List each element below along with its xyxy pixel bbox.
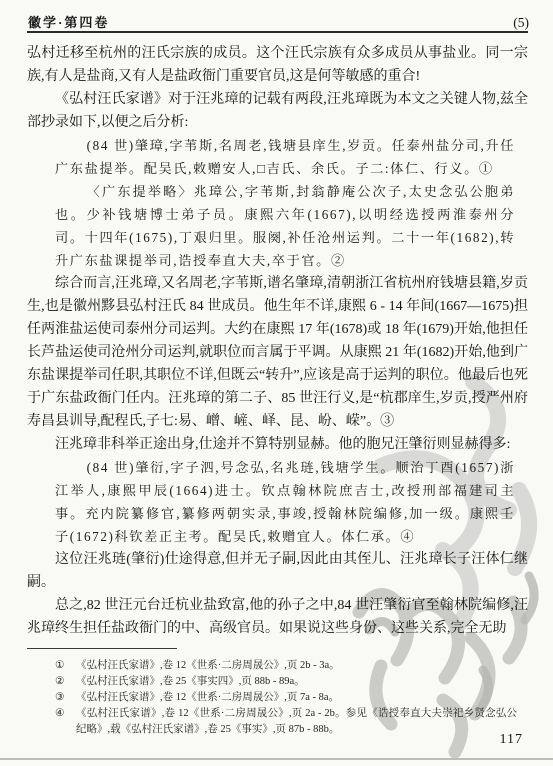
footnote-marker: ② <box>55 674 76 690</box>
footnote-marker: ③ <box>55 690 76 706</box>
page-body: 弘村迁移至杭州的汪氏宗族的成员。这个汪氏宗族有众多成员从事盐业。同一宗族,有人是… <box>27 42 528 640</box>
paragraph: 〈广东提举略〉兆璋公,字苇斯,封翁静庵公次子,太史念弘公胞弟也。少补钱塘博士弟子… <box>55 180 515 272</box>
header-rule <box>27 31 528 33</box>
footnote-text: 《弘村汪氏家谱》,卷 12《世系·二房周晟公》,页 2b - 3a。 <box>76 658 517 674</box>
footnote-separator <box>27 648 177 649</box>
footnote-text: 《弘村汪氏家谱》,卷 12《世系·二房周晟公》,页 2a - 2b。参见《诰授奉… <box>76 706 517 738</box>
footnote: ③ 《弘村汪氏家谱》,卷 12《世系·二房周晟公》,页 7a - 8a。 <box>55 690 517 706</box>
paragraph: 《弘村汪氏家谱》对于汪兆璋的记载有两段,汪兆璋既为本文之关键人物,兹全部抄录如下… <box>27 88 528 134</box>
footnote-text: 《弘村汪氏家谱》,卷 12《世系·二房周晟公》,页 7a - 8a。 <box>76 690 517 706</box>
footnote-text: 《弘村汪氏家谱》,卷 25《事实四》,页 88b - 89a。 <box>76 674 517 690</box>
book-title: 徽学·第四卷 <box>28 12 109 31</box>
paragraph: (84 世)肇衍,字子泗,号念弘,名兆琏,钱塘学生。顺治丁酉(1657)浙江举人… <box>55 456 515 548</box>
page-number: 117 <box>500 732 523 748</box>
fascicle-number: (5) <box>513 15 529 31</box>
running-head: 徽学·第四卷 (5) <box>28 12 529 31</box>
footnote-marker: ④ <box>55 706 76 738</box>
paragraph: 弘村迁移至杭州的汪氏宗族的成员。这个汪氏宗族有众多成员从事盐业。同一宗族,有人是… <box>27 42 528 88</box>
footnote: ④ 《弘村汪氏家谱》,卷 12《世系·二房周晟公》,页 2a - 2b。参见《诰… <box>55 706 517 738</box>
footnote-list: ① 《弘村汪氏家谱》,卷 12《世系·二房周晟公》,页 2b - 3a。 ② 《… <box>27 658 528 738</box>
paragraph: 这位汪兆琏(肇衍)仕途得意,但并无子嗣,因此由其侄儿、汪兆璋长子汪体仁继嗣。 <box>27 548 528 594</box>
paragraph: 汪兆璋非科举正途出身,仕途并不算特别显赫。他的胞兄汪肇衍则显赫得多: <box>27 433 528 456</box>
footnote-block: ① 《弘村汪氏家谱》,卷 12《世系·二房周晟公》,页 2b - 3a。 ② 《… <box>27 648 528 738</box>
paragraph: (84 世)肇璋,字苇斯,名周老,钱塘县庠生,岁贡。任泰州盐分司,升任广东盐提举… <box>55 134 515 180</box>
paragraph: 综合而言,汪兆璋,又名周老,字苇斯,谱名肇璋,清朝浙江省杭州府钱塘县籍,岁贡生,… <box>27 272 528 433</box>
footnote-marker: ① <box>55 658 76 674</box>
book-page-scan: 徽学·第四卷 (5) 弘村迁移至杭州的汪氏宗族的成员。这个汪氏宗族有众多成员从事… <box>0 0 553 766</box>
footnote: ① 《弘村汪氏家谱》,卷 12《世系·二房周晟公》,页 2b - 3a。 <box>55 658 517 674</box>
footnote: ② 《弘村汪氏家谱》,卷 25《事实四》,页 88b - 89a。 <box>55 674 517 690</box>
paragraph: 总之,82 世汪元台迁杭业盐致富,他的孙子之中,84 世汪肇衍官至翰林院编修,汪… <box>27 594 528 640</box>
scan-bottom-edge <box>0 758 553 760</box>
